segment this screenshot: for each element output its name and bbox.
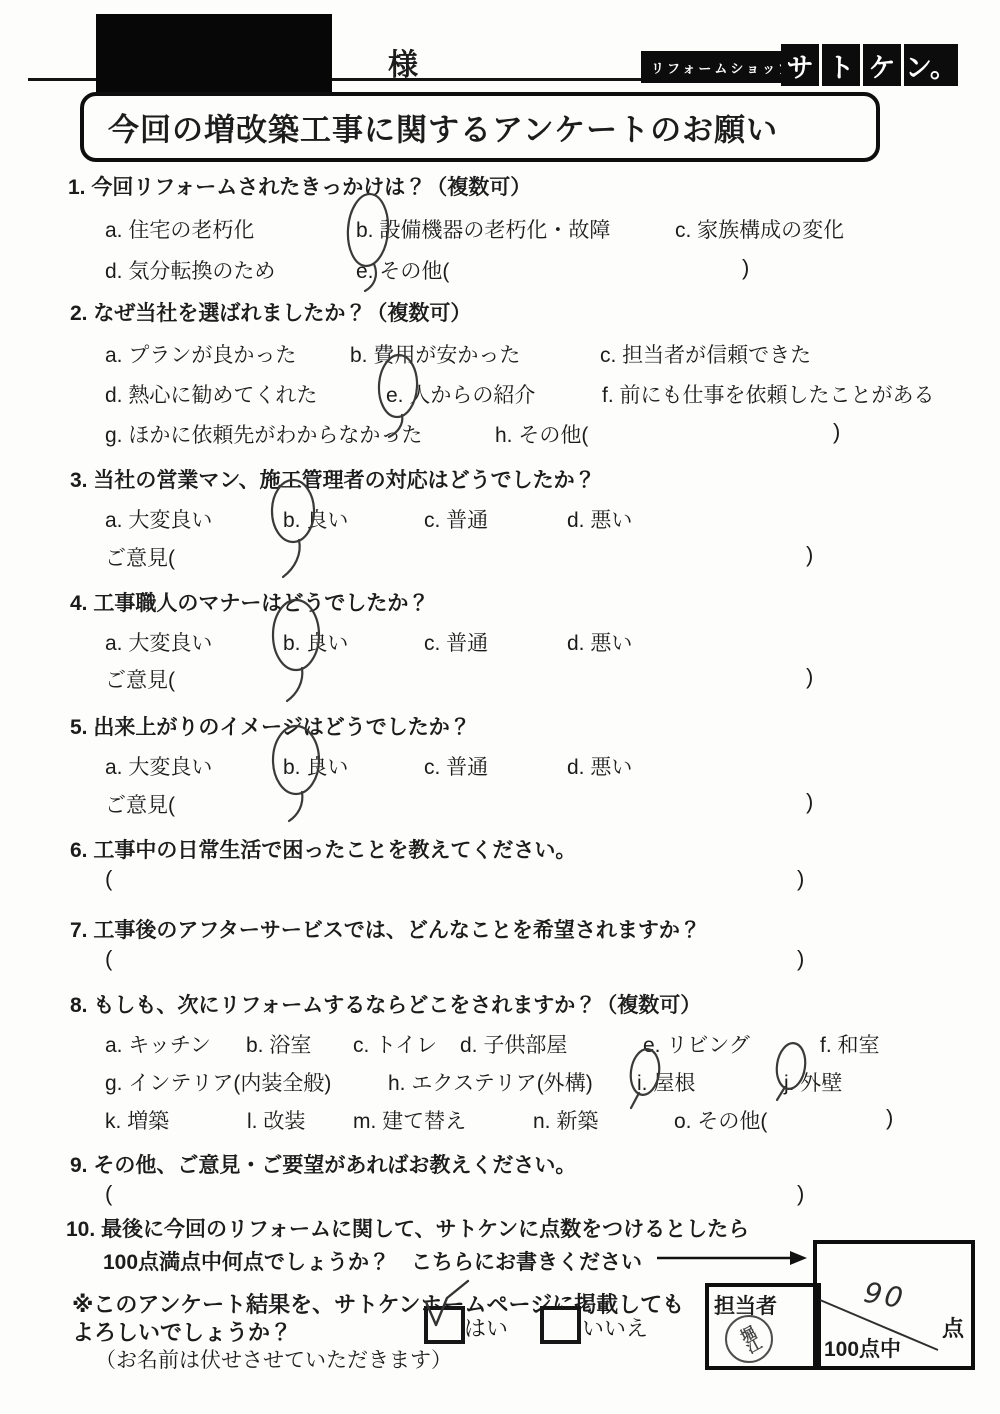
arrow-right-icon [657,1251,807,1265]
q8-label: 8. もしも、次にリフォームするならどこをされますか？（複数可） [70,989,701,1019]
survey-page: 様 リフォームショップ サ ト ケ ン。 今回の増改築工事に関するアンケートのお… [0,0,1000,1414]
q8-option-n[interactable]: n. 新築 [533,1105,598,1135]
q3-opinion-label: ご意見( [105,542,175,572]
consent-no-checkbox[interactable] [540,1306,581,1344]
q9-label: 9. その他、ご意見・ご要望があればお教えください。 [70,1149,576,1179]
q7-open-paren: ( [105,946,112,972]
q2-close-paren: ) [833,419,840,445]
q8-option-o[interactable]: o. その他( [674,1105,767,1135]
q2-option-f[interactable]: f. 前にも仕事を依頼したことがある [602,379,935,409]
consent-line2: よろしいでしょうか？ [72,1316,292,1347]
name-underline-left [28,78,96,81]
survey-title-box: 今回の増改築工事に関するアンケートのお願い [80,92,880,162]
q10-label-line2: 100点満点中何点でしょうか？ こちらにお書きください [103,1246,642,1276]
consent-yes-checkbox[interactable] [424,1306,465,1344]
q5-opinion-close-paren: ) [806,789,813,815]
q4-opinion-close-paren: ) [806,664,813,690]
q8-option-j[interactable]: j. 外壁 [784,1067,842,1097]
q1-option-b[interactable]: b. 設備機器の老朽化・故障 [356,214,610,244]
q5-option-c[interactable]: c. 普通 [424,751,488,781]
stamp-name: 堀江 [734,1323,765,1356]
logo-tile: サ [781,44,819,86]
q4-option-a[interactable]: a. 大変良い [105,627,212,657]
q3-option-a[interactable]: a. 大変良い [105,504,212,534]
handwriting-overlay [0,0,1000,1414]
q8-option-k[interactable]: k. 増築 [105,1105,169,1135]
q5-option-d[interactable]: d. 悪い [567,751,632,781]
q8-option-h[interactable]: h. エクステリア(外構) [388,1067,593,1097]
q2-option-a[interactable]: a. プランが良かった [105,339,296,369]
q5-opinion-label: ご意見( [105,789,175,819]
privacy-note: （お名前は伏せさせていただきます） [95,1344,452,1374]
q7-close-paren: ) [797,946,804,972]
q2-option-h[interactable]: h. その他( [495,419,588,449]
q2-option-g[interactable]: g. ほかに依頼先がわからなかった [105,419,422,449]
q4-opinion-label: ご意見( [105,664,175,694]
q5-label: 5. 出来上がりのイメージはどうでしたか？ [70,711,471,741]
q6-label: 6. 工事中の日常生活で困ったことを教えてください。 [70,834,576,864]
q2-option-d[interactable]: d. 熱心に勧めてくれた [105,379,317,409]
q8-option-e[interactable]: e. リビング [643,1029,750,1059]
page-title: 今回の増改築工事に関するアンケートのお願い [108,105,778,150]
q4-option-d[interactable]: d. 悪い [567,627,632,657]
q1-label: 1. 今回リフォームされたきっかけは？（複数可） [68,171,531,201]
q8-option-f[interactable]: f. 和室 [820,1029,880,1059]
q2-option-b[interactable]: b. 費用が安かった [350,339,520,369]
q8-option-a[interactable]: a. キッチン [105,1029,211,1059]
stamp-seal-icon: 堀江 [725,1315,773,1363]
q2-option-e[interactable]: e. 人からの紹介 [386,379,535,409]
q3-label: 3. 当社の営業マン、施工管理者の対応はどうでしたか？ [70,464,596,494]
logo-tile: ト [822,44,860,86]
company-logo: サ ト ケ ン。 [781,44,958,86]
q2-label: 2. なぜ当社を選ばれましたか？（複数可） [70,297,471,327]
q5-option-b[interactable]: b. 良い [283,751,348,781]
q7-label: 7. 工事後のアフターサービスでは、どんなことを希望されますか？ [70,914,701,944]
q8-option-d[interactable]: d. 子供部屋 [460,1029,567,1059]
q2-option-c[interactable]: c. 担当者が信頼できた [600,339,811,369]
q8-option-i[interactable]: i. 屋根 [637,1067,695,1097]
logo-tile: ケ [863,44,901,86]
consent-no-label[interactable]: いいえ [582,1312,648,1343]
q8-option-l[interactable]: l. 改装 [247,1105,305,1135]
q1-close-paren: ) [742,255,749,281]
redacted-name-box [96,14,332,92]
q1-option-e[interactable]: e. その他( [356,255,449,285]
logo-prefix: リフォームショップ [641,51,804,83]
q3-opinion-close-paren: ) [806,542,813,568]
q1-option-d[interactable]: d. 気分転換のため [105,255,275,285]
logo-tile: ン。 [904,44,958,86]
q1-option-a[interactable]: a. 住宅の老朽化 [105,214,254,244]
q6-close-paren: ) [797,866,804,892]
q3-option-c[interactable]: c. 普通 [424,504,488,534]
q8-option-c[interactable]: c. トイレ [353,1029,437,1059]
q8-option-b[interactable]: b. 浴室 [246,1029,311,1059]
q4-option-b[interactable]: b. 良い [283,627,348,657]
score-box[interactable]: 90 点 100点中 [813,1240,975,1370]
q3-option-b[interactable]: b. 良い [283,504,348,534]
q1-option-c[interactable]: c. 家族構成の変化 [675,214,844,244]
q8-close-paren: ) [886,1105,893,1131]
q3-option-d[interactable]: d. 悪い [567,504,632,534]
q10-label-line1: 10. 最後に今回のリフォームに関して、サトケンに点数をつけるとしたら [66,1213,749,1243]
score-unit-label: 点 [942,1312,964,1343]
q6-open-paren: ( [105,866,112,892]
score-max-label: 100点中 [824,1333,901,1363]
handwritten-score: 90 [861,1276,908,1316]
name-underline [332,78,688,81]
consent-yes-label[interactable]: はい [464,1312,508,1343]
staff-box: 担当者 堀江 [705,1283,821,1370]
q5-option-a[interactable]: a. 大変良い [105,751,212,781]
q9-open-paren: ( [105,1181,112,1207]
honorific-sama: 様 [388,40,418,84]
q4-option-c[interactable]: c. 普通 [424,627,488,657]
q4-label: 4. 工事職人のマナーはどうでしたか？ [70,587,429,617]
q8-option-g[interactable]: g. インテリア(内装全般) [105,1067,331,1097]
q8-option-m[interactable]: m. 建て替え [353,1105,466,1135]
q9-close-paren: ) [797,1181,804,1207]
